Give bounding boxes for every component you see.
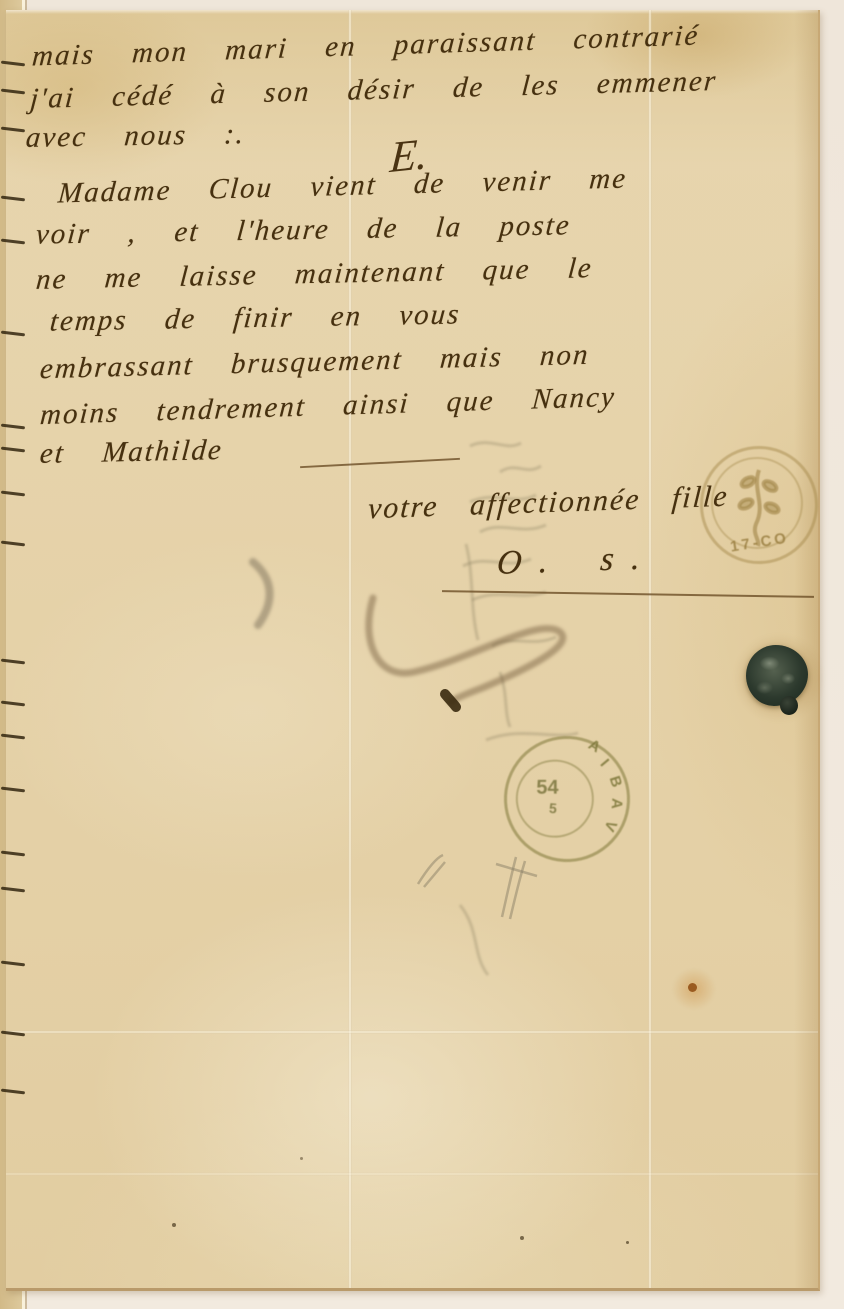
letter-line: avec nous :. [25, 118, 247, 155]
pencil-marks [418, 855, 537, 919]
postmark-stamp-right: 17-CO [700, 446, 818, 564]
large-ink-paraph [369, 598, 563, 707]
letter-scan: mais mon mari en paraissant contrarié j'… [0, 0, 844, 1309]
pencil-curl [253, 562, 270, 625]
paper-speck [626, 1241, 629, 1244]
signature-initials: O. s. [495, 539, 660, 583]
paper-speck [172, 1223, 176, 1227]
letter-line: et Mathilde [39, 434, 225, 471]
paper-speck [300, 1157, 303, 1160]
postmark-date-secondary: 5 [549, 800, 558, 817]
paper-speck [520, 1236, 524, 1240]
wax-seal-drip [780, 696, 798, 715]
postmark-date: 54 [536, 777, 558, 800]
postmark-arc-letter: A [608, 798, 626, 810]
rust-stain [688, 983, 697, 992]
